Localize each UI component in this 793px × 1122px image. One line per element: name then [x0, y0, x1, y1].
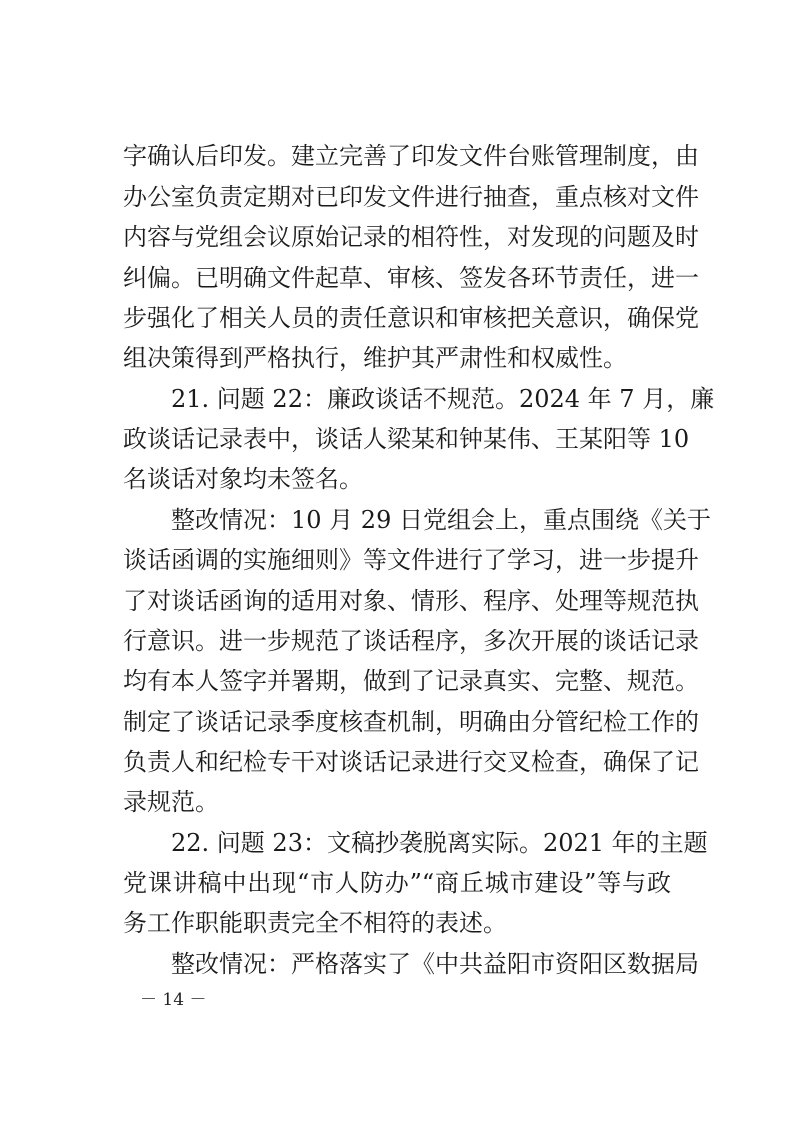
paragraph-line: 字确认后印发。建立完善了印发文件台账管理制度，由 — [123, 136, 671, 176]
paragraph-line: 谈话函调的实施细则》等文件进行了学习，进一步提升 — [123, 540, 671, 580]
rectification-22-line: 整改情况：10 月 29 日党组会上，重点围绕《关于 — [171, 500, 671, 540]
document-page: 字确认后印发。建立完善了印发文件台账管理制度，由 办公室负责定期对已印发文件进行… — [0, 0, 793, 1122]
paragraph-line: 办公室负责定期对已印发文件进行抽查，重点核对文件 — [123, 177, 671, 217]
paragraph-line: 行意识。进一步规范了谈话程序，多次开展的谈话记录 — [123, 621, 671, 661]
paragraph-line: 组决策得到严格执行，维护其严肃性和权威性。 — [123, 338, 671, 378]
rectification-23-line: 整改情况：严格落实了《中共益阳市资阳区数据局 — [171, 944, 671, 984]
paragraph-line: 纠偏。已明确文件起草、审核、签发各环节责任，进一 — [123, 258, 671, 298]
paragraph-line: 录规范。 — [123, 782, 671, 822]
paragraph-line: 名谈话对象均未签名。 — [123, 459, 671, 499]
paragraph-line: 负责人和纪检专干对谈话记录进行交叉检查，确保了记 — [123, 742, 671, 782]
paragraph-line: 步强化了相关人员的责任意识和审核把关意识，确保党 — [123, 298, 671, 338]
paragraph-line: 均有本人签字并署期，做到了记录真实、完整、规范。 — [123, 661, 671, 701]
issue-23-heading-line: 22. 问题 23：文稿抄袭脱离实际。2021 年的主题 — [171, 823, 671, 863]
page-number: － 14 － — [140, 985, 206, 1010]
issue-22-heading-line: 21. 问题 22：廉政谈话不规范。2024 年 7 月，廉 — [171, 379, 671, 419]
paragraph-line: 了对谈话函询的适用对象、情形、程序、处理等规范执 — [123, 581, 671, 621]
paragraph-line: 内容与党组会议原始记录的相符性，对发现的问题及时 — [123, 217, 671, 257]
paragraph-line: 制定了谈话记录季度核查机制，明确由分管纪检工作的 — [123, 702, 671, 742]
paragraph-line: 政谈话记录表中，谈话人梁某和钟某伟、王某阳等 10 — [123, 419, 671, 459]
paragraph-line: 务工作职能职责完全不相符的表述。 — [123, 903, 671, 943]
paragraph-line: 党课讲稿中出现“市人防办”“商丘城市建设”等与政 — [123, 863, 671, 903]
